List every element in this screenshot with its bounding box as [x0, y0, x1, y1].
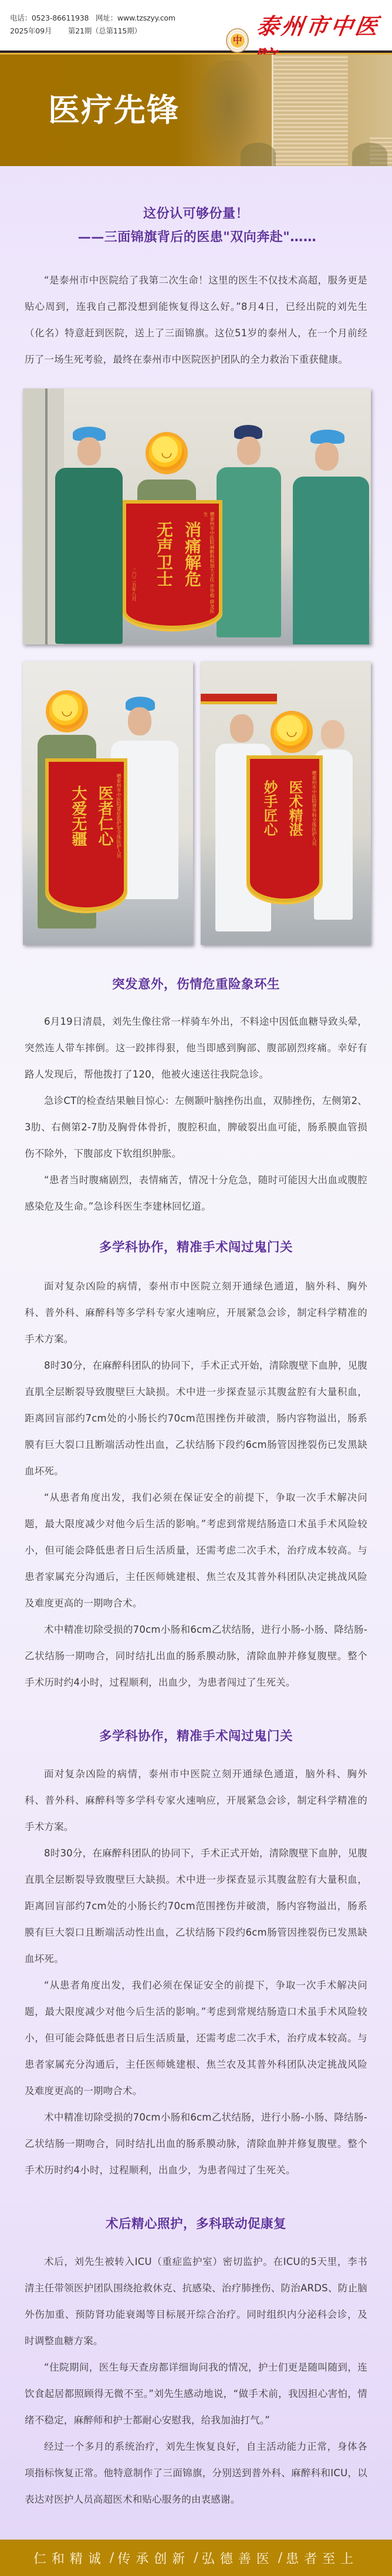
section-paragraph: 术后，刘先生被转入ICU（重症监护室）密切监护。在ICU的5天里，李书清主任带领…	[25, 2248, 367, 2354]
face	[321, 720, 344, 748]
face	[230, 714, 254, 742]
face	[77, 437, 101, 465]
motto-footer: 仁和精诚 / 传承创新 / 弘德善医 / 患者至上	[0, 2540, 392, 2576]
bush-decoration	[352, 143, 387, 166]
motto-item: 传承创新	[117, 2549, 190, 2567]
section-paragraph: “患者当时腹痛剧烈，表情痛苦，情况十分危急，随时可能因大出血或腹腔感染危及生命。…	[25, 1167, 367, 1220]
column-banner: 医疗先锋	[0, 55, 392, 166]
privacy-sun-emoji-icon: ◡	[149, 435, 184, 471]
masthead: 电话：0523-86611938 网址：www.tzszyy.com 2025年…	[0, 0, 392, 50]
section-paragraph: “住院期间，医生每天查房都详细询问我的情况，护士们更是随叫随到，连饮食起居都照顾…	[25, 2354, 367, 2433]
section-surgery-repeat: 多学科协作，精准手术闯过鬼门关 面对复杂凶险的病情，泰州市中医院立刻开通绿色通道…	[0, 1726, 392, 2183]
motto-item: 弘德善医	[202, 2549, 275, 2567]
face	[237, 437, 261, 465]
photo-surgery-team: ◡ 医术精湛 妙手匠心 赠泰州市中医院普外科全体医护人员	[201, 661, 371, 945]
section-surgery: 多学科协作，精准手术闯过鬼门关 面对复杂凶险的病情，泰州市中医院立刻开通绿色通道…	[0, 1237, 392, 1696]
phone-label: 电话：0523-86611938	[10, 13, 89, 22]
motto-separator: /	[110, 2551, 114, 2565]
section-paragraph: “从患者角度出发，我们必须在保证安全的前提下，争取一次手术解决问题，最大限度减少…	[25, 1484, 367, 1616]
privacy-sun-emoji-icon: ◡	[274, 714, 309, 749]
section-title: 术后精心照护，多科联动促康复	[0, 2214, 392, 2232]
surgical-cap	[310, 430, 344, 444]
section-paragraph: 8时30分，在麻醉科团队的协同下，手术正式开始，清除腹壁下血肿，见腹直肌全层断裂…	[25, 1352, 367, 1484]
issue-number: 第21期（总第115期）	[68, 26, 141, 35]
section-paragraph: 术中精准切除受损的70cm小肠和6cm乙状结肠，进行小肠-小肠、降结肠-乙状结肠…	[25, 1616, 367, 1696]
seal-glyph: 中	[231, 33, 245, 48]
website-link[interactable]: 网址：www.tzszyy.com	[96, 13, 175, 22]
photo-icu-team: ◡ 医者仁心 大爱无疆 赠泰州市中医院重症监护室全体医护人员	[23, 661, 193, 945]
contact-info: 电话：0523-86611938 网址：www.tzszyy.com 2025年…	[10, 12, 175, 38]
motto-separator: /	[278, 2551, 282, 2565]
silk-banner: 医术精湛 妙手匠心 赠泰州市中医院普外科全体医护人员	[246, 755, 323, 902]
photo-row: ◡ 医者仁心 大爱无疆 赠泰州市中医院重症监护室全体医护人员	[23, 661, 371, 945]
banner-inscription: 医者仁心 大爱无疆	[23, 785, 116, 846]
privacy-sun-emoji-icon: ◡	[49, 694, 85, 729]
section-paragraph: 急诊CT的检查结果触目惊心：左侧颞叶脑挫伤出血，双肺挫伤，左侧第2、3肋、右侧第…	[25, 1088, 367, 1167]
section-title: 多学科协作，精准手术闯过鬼门关	[0, 1726, 392, 1744]
silk-banner: 医者仁心 大爱无疆 赠泰州市中医院重症监护室全体医护人员	[45, 758, 127, 911]
motto-item: 仁和精诚	[33, 2549, 106, 2567]
article: 这份认可够份量！ ——三面锦旗背后的医患"双向奔赴"…… “是泰州市中医院给了我…	[0, 166, 392, 2540]
issue-date: 2025年09月	[10, 26, 52, 35]
face	[128, 707, 151, 735]
bush-decoration	[241, 143, 276, 166]
banner-inscription: 消痛解危 无声卫士	[23, 521, 204, 587]
article-headline: 这份认可够份量！ ——三面锦旗背后的医患"双向奔赴"……	[0, 166, 392, 249]
motto-item: 患者至上	[286, 2549, 359, 2567]
section-title: 多学科协作，精准手术闯过鬼门关	[0, 1237, 392, 1255]
motto-separator: /	[194, 2551, 198, 2565]
column-title: 医疗先锋	[48, 85, 180, 130]
intro-paragraph: “是泰州市中医院给了我第二次生命！这里的医生不仅技术高超，服务更是贴心周到，连我…	[25, 267, 367, 373]
section-accident: 突发意外，伤情危重险象环生 6月19日清晨，刘先生像往常一样骑车外出，不料途中因…	[0, 974, 392, 1220]
section-paragraph: “从患者角度出发，我们必须在保证安全的前提下，争取一次手术解决问题，最大限度减少…	[25, 1972, 367, 2104]
hospital-seal-icon: 中	[226, 28, 249, 53]
scrubs	[293, 477, 369, 644]
photo-anesthesia-team: ◡ 消痛解危 无声卫士 赠泰州市中医院麻醉科程加大主任 许华根 薛龙医生 二〇二…	[23, 389, 371, 644]
banner-inscription: 医术精湛 妙手匠心	[201, 780, 305, 836]
headline-line-2: ——三面锦旗背后的医患"双向奔赴"……	[0, 226, 392, 249]
silk-banner: 消痛解危 无声卫士 赠泰州市中医院麻醉科程加大主任 许华根 薛龙医生 二〇二五年…	[123, 500, 222, 629]
surgical-gown	[217, 467, 281, 637]
section-paragraph: 经过一个多月的系统治疗，刘先生恢复良好，自主活动能力正常，身体各项指标恢复正常。…	[25, 2433, 367, 2513]
section-title: 突发意外，伤情危重险象环生	[0, 974, 392, 992]
face	[315, 443, 339, 471]
section-paragraph: 6月19日清晨，刘先生像往常一样骑车外出，不料途中因低血糖导致头晕，突然连人带车…	[25, 1008, 367, 1088]
bottom-spacer	[0, 2513, 392, 2540]
section-paragraph: 面对复杂凶险的病情，泰州市中医院立刻开通绿色通道，脑外科、胸外科、普外科、麻醉科…	[25, 1273, 367, 1352]
wall-banner-decoration	[201, 694, 277, 704]
hospital-building-illustration	[272, 55, 348, 166]
section-paragraph: 术中精准切除受损的70cm小肠和6cm乙状结肠，进行小肠-小肠、降结肠-乙状结肠…	[25, 2104, 367, 2183]
section-paragraph: 面对复杂凶险的病情，泰州市中医院立刻开通绿色通道，脑外科、胸外科、普外科、麻醉科…	[25, 1761, 367, 1840]
section-paragraph: 8时30分，在麻醉科团队的协同下，手术正式开始，清除腹壁下血肿，见腹直肌全层断裂…	[25, 1840, 367, 1972]
section-recovery: 术后精心照护，多科联动促康复 术后，刘先生被转入ICU（重症监护室）密切监护。在…	[0, 2214, 392, 2513]
headline-line-1: 这份认可够份量！	[143, 207, 249, 221]
